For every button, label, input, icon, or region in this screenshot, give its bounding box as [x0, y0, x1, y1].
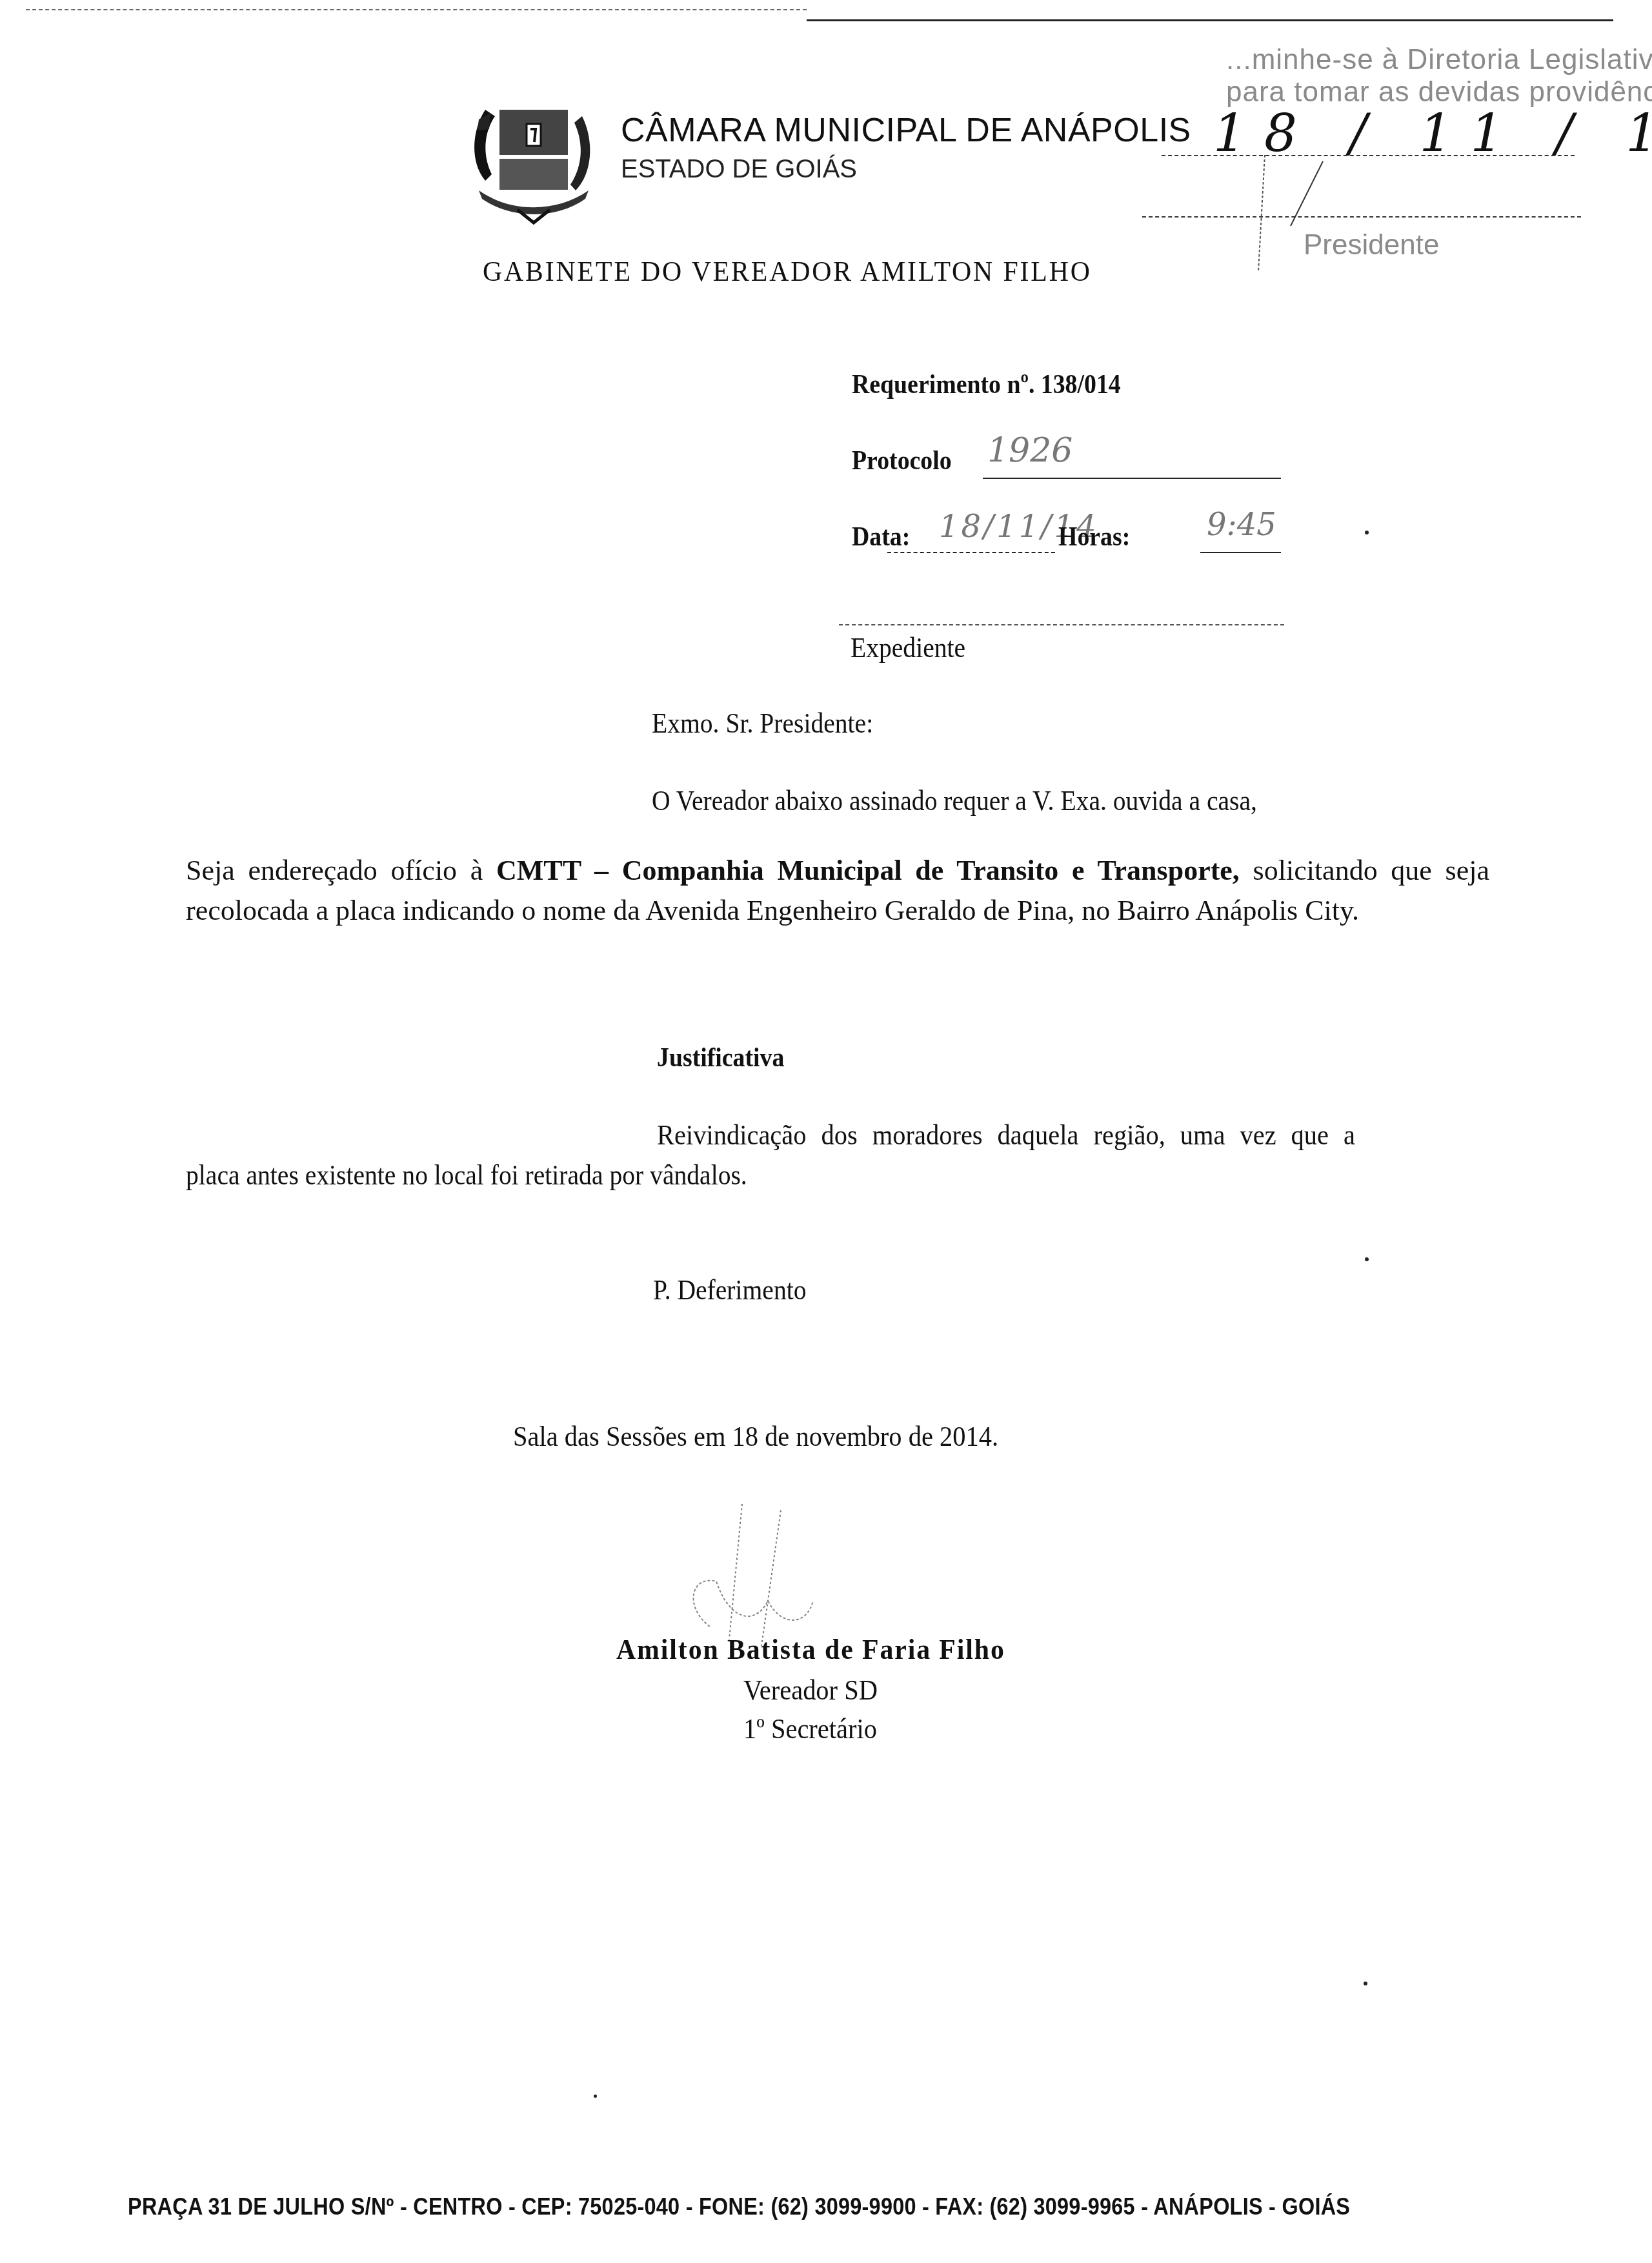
request-number-text: Requerimento nº. 138/014 — [852, 369, 1121, 400]
stamp-text-line-1: ...minhe-se à Diretoria Legislativa — [1226, 44, 1652, 76]
signer-name: Amilton Batista de Faria Filho — [616, 1633, 1025, 1666]
office-heading: GABINETE DO VEREADOR AMILTON FILHO — [483, 255, 1123, 288]
justification-line-1-text: Reivindicação dos moradores daquela regi… — [657, 1115, 1355, 1155]
signer-position-text: 1º Secretário — [743, 1709, 877, 1749]
request-number: Requerimento nº. 138/014 — [852, 369, 1151, 400]
expediente-label: Expediente — [851, 631, 978, 664]
justification-line-2: placa antes existente no local foi retir… — [186, 1155, 809, 1195]
date-underline — [887, 552, 1055, 553]
stamp-president-label: Presidente — [1304, 229, 1439, 261]
stamp-date-line — [1162, 155, 1575, 156]
date-label: Data: — [852, 522, 916, 553]
office-heading-text: GABINETE DO VEREADOR AMILTON FILHO — [483, 255, 1092, 288]
salutation-text: Exmo. Sr. Presidente: — [652, 704, 873, 744]
intro-text: O Vereador abaixo assinado requer a V. E… — [652, 781, 1257, 821]
municipal-coat-of-arms-icon — [459, 84, 608, 226]
footer-address: PRAÇA 31 DE JULHO S/Nº - CENTRO - CEP: 7… — [128, 2193, 1486, 2220]
scan-top-rule — [26, 9, 807, 10]
signature-scribble — [684, 1497, 852, 1652]
expediente-line — [839, 624, 1284, 625]
signer-role: Vereador SD — [743, 1670, 889, 1710]
scan-speck — [594, 2095, 597, 2098]
org-state: ESTADO DE GOIÁS — [621, 155, 857, 184]
justification-title-text: Justificativa — [657, 1042, 784, 1073]
hours-value: 9:45 — [1207, 507, 1276, 543]
intro-paragraph: O Vereador abaixo assinado requer a V. E… — [652, 781, 1324, 821]
hours-underline — [1200, 552, 1281, 553]
place-date-text: Sala das Sessões em 18 de novembro de 20… — [513, 1417, 998, 1457]
protocol-underline — [983, 478, 1281, 479]
closing: P. Deferimento — [653, 1270, 823, 1310]
justification-title: Justificativa — [657, 1042, 798, 1073]
date-label-text: Data: — [852, 522, 910, 553]
protocol-value: 1926 — [987, 431, 1073, 470]
scan-top-rule-right — [807, 19, 1613, 21]
expediente-label-text: Expediente — [851, 631, 965, 664]
scan-speck — [1365, 531, 1369, 534]
request-paragraph: Seja endereçado ofício à CMTT – Companhi… — [186, 851, 1489, 931]
justification-line-1: Reivindicação dos moradores daquela regi… — [657, 1115, 1416, 1155]
protocol-label: Protocolo — [852, 445, 963, 476]
org-name: CÂMARA MUNICIPAL DE ANÁPOLIS — [621, 111, 1191, 150]
closing-text: P. Deferimento — [653, 1270, 807, 1310]
stamp-signature-line — [1142, 216, 1581, 218]
salutation: Exmo. Sr. Presidente: — [652, 704, 898, 744]
request-text-pre: Seja endereçado ofício à — [186, 855, 496, 886]
protocol-label-text: Protocolo — [852, 445, 952, 476]
scan-speck — [1365, 1257, 1369, 1261]
signer-name-text: Amilton Batista de Faria Filho — [616, 1633, 1005, 1666]
request-text-bold: CMTT – Companhia Municipal de Transito e… — [496, 855, 1240, 886]
footer-address-text: PRAÇA 31 DE JULHO S/Nº - CENTRO - CEP: 7… — [128, 2193, 1350, 2220]
signer-role-text: Vereador SD — [743, 1670, 878, 1710]
scan-speck — [1364, 1982, 1367, 1985]
signer-position: 1º Secretário — [743, 1709, 889, 1749]
hours-label: Horas: — [1058, 522, 1138, 553]
hours-label-text: Horas: — [1058, 522, 1130, 553]
place-date: Sala das Sessões em 18 de novembro de 20… — [513, 1417, 1041, 1457]
justification-line-2-text: placa antes existente no local foi retir… — [186, 1155, 747, 1195]
